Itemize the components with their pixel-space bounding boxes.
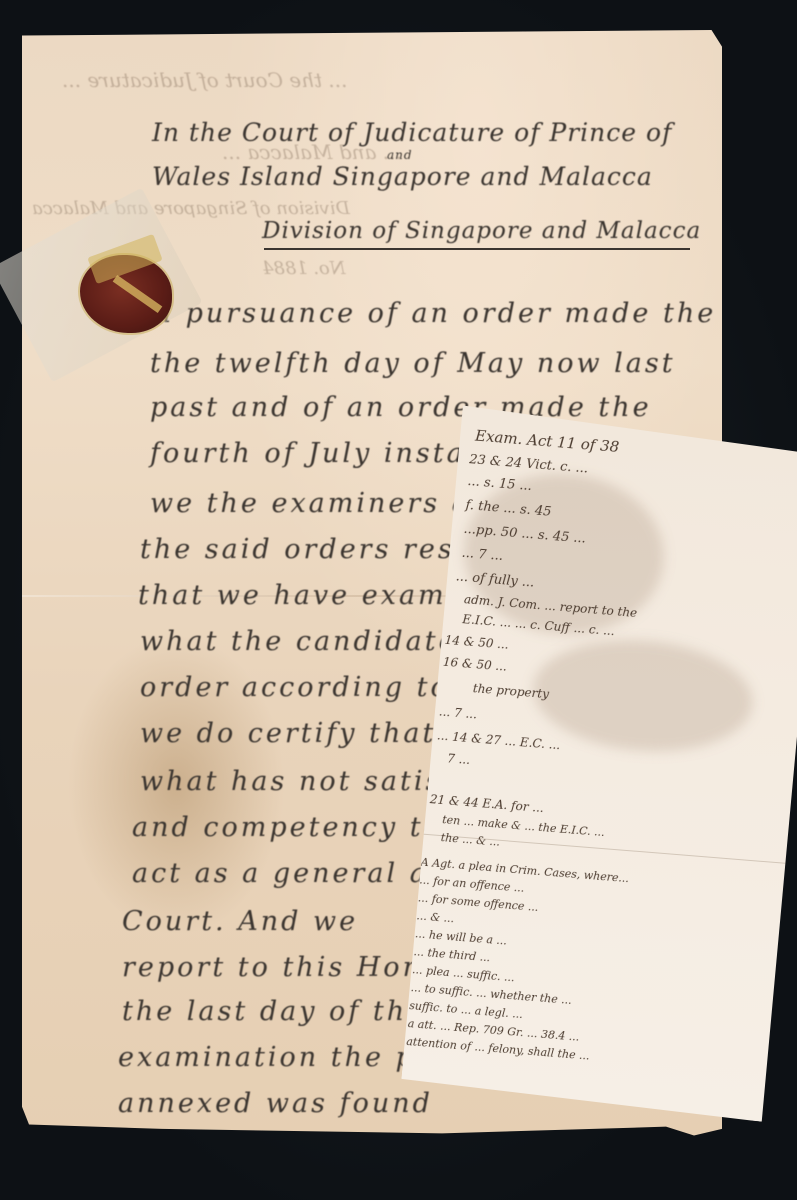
bleed-through-text: No. 1884 <box>262 258 346 279</box>
body-line: and competency to <box>132 812 443 843</box>
bleed-through-text: ... the Court of Judicature ... <box>62 68 348 92</box>
note-line: 14 & 50 ... <box>444 633 509 652</box>
body-line: past and of an order made the <box>150 392 652 423</box>
heading-line-1: In the Court of Judicature of Prince of <box>152 118 672 147</box>
note-line: 16 & 50 ... <box>442 655 507 674</box>
note-line: ... he will be a ... <box>415 927 508 947</box>
note-line: ... for an offence ... <box>419 873 525 894</box>
note-line: ... & ... <box>416 909 455 925</box>
note-line: ... 14 & 27 ... E.C. ... <box>436 728 560 752</box>
heading-insertion: and <box>387 148 413 162</box>
body-line: annexed was found <box>118 1088 433 1119</box>
note-line: ... 7 ... <box>461 546 503 564</box>
note-line: 23 & 24 Vict. c. ... <box>469 452 589 477</box>
body-line: the twelfth day of May now last <box>150 348 676 379</box>
attached-note: Exam. Act 11 of 38 23 & 24 Vict. c. ... … <box>400 405 797 1122</box>
note-line: ... plea ... suffic. ... <box>412 963 515 984</box>
note-line: 21 & 44 E.A. for ... <box>429 792 544 815</box>
body-line: Court. And we <box>122 906 358 937</box>
heading-underline <box>264 248 690 250</box>
bleed-through-text: Division of Singapore and Malacca <box>32 198 350 219</box>
heading-division: Division of Singapore and Malacca <box>262 218 701 244</box>
heading-line-2: Wales Island Singapore and Malacca <box>152 162 653 191</box>
body-line: the last day of the <box>122 996 426 1027</box>
note-line: ... the third ... <box>413 945 491 964</box>
ink-smudge <box>529 632 757 759</box>
note-line: the ... & ... <box>440 831 500 849</box>
note-line: ... 7 ... <box>438 705 477 722</box>
note-line: Exam. Act 11 of 38 <box>474 427 619 457</box>
note-line: ... s. 15 ... <box>467 474 533 494</box>
body-line: fourth of July instant <box>150 438 500 469</box>
note-line: 7 ... <box>447 751 471 767</box>
body-line: In pursuance of an order made the <box>140 298 716 329</box>
